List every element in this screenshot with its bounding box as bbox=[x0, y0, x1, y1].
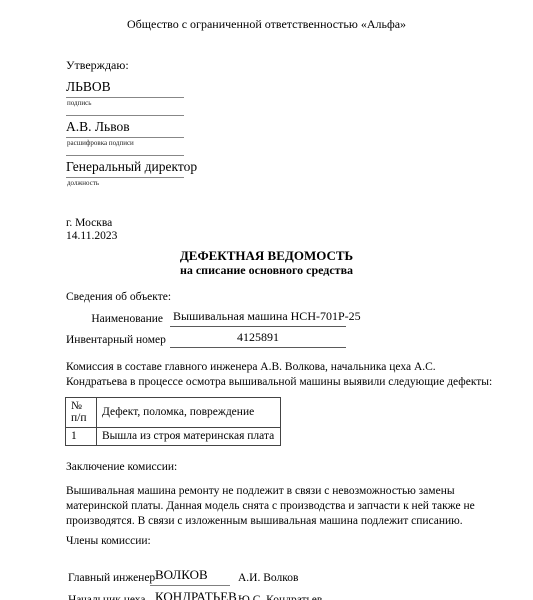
member-name: А.И. Волков bbox=[238, 572, 298, 586]
member-name: Ю.С. Кондратьев bbox=[238, 594, 322, 600]
defects-table: № п/п Дефект, поломка, повреждение 1 Выш… bbox=[65, 397, 281, 446]
place-text: г. Москва bbox=[66, 217, 533, 230]
commission-paragraph: Комиссия в составе главного инженера А.В… bbox=[66, 360, 528, 390]
field-row-name: Наименование Вышивальная машина НСН-701Р… bbox=[66, 306, 533, 327]
member-row-chief-engineer: Главный инженер ВОЛКОВ А.И. Волков bbox=[68, 564, 533, 586]
table-row: 1 Вышла из строя материнская плата bbox=[66, 428, 281, 446]
name-value-field[interactable]: А.В. Львов bbox=[66, 116, 184, 138]
table-cell-defect: Вышла из строя материнская плата bbox=[97, 428, 281, 446]
field-label-name: Наименование bbox=[66, 313, 163, 327]
document-subtitle: на списание основного средства bbox=[0, 263, 533, 277]
member-position: Начальник цеха bbox=[68, 594, 150, 600]
approve-name-field: А.В. Львов расшифровка подписи bbox=[66, 115, 184, 147]
conclusion-paragraph: Вышивальная машина ремонту не подлежит в… bbox=[66, 484, 528, 529]
signature-value-field[interactable]: ЛЬВОВ bbox=[66, 78, 184, 98]
name-caption: расшифровка подписи bbox=[66, 138, 184, 147]
position-value-field[interactable]: Генеральный директор bbox=[66, 156, 184, 178]
approve-block: Утверждаю: ЛЬВОВ подпись А.В. Львов расш… bbox=[66, 58, 184, 187]
approve-signature-field: ЛЬВОВ подпись bbox=[66, 78, 184, 107]
date-text: 14.11.2023 bbox=[66, 230, 533, 243]
members-list: Главный инженер ВОЛКОВ А.И. Волков Начал… bbox=[0, 564, 533, 600]
object-info-fields: Наименование Вышивальная машина НСН-701Р… bbox=[0, 306, 533, 348]
members-heading: Члены комиссии: bbox=[66, 535, 533, 547]
table-header-number: № п/п bbox=[66, 398, 97, 428]
table-header-defect: Дефект, поломка, повреждение bbox=[97, 398, 281, 428]
member-position: Главный инженер bbox=[68, 572, 150, 586]
member-row-shop-head: Начальник цеха КОНДРАТЬЕВ Ю.С. Кондратье… bbox=[68, 586, 533, 600]
position-caption: должность bbox=[66, 178, 184, 187]
field-label-inventory-number: Инвентарный номер bbox=[66, 334, 163, 348]
document-page: Общество с ограниченной ответственностью… bbox=[0, 0, 533, 600]
place-date-block: г. Москва 14.11.2023 bbox=[66, 217, 533, 243]
field-row-inventory-number: Инвентарный номер 4125891 bbox=[66, 327, 533, 348]
approve-label: Утверждаю: bbox=[66, 58, 184, 73]
object-info-heading: Сведения об объекте: bbox=[66, 291, 533, 303]
document-title: ДЕФЕКТНАЯ ВЕДОМОСТЬ bbox=[0, 249, 533, 263]
defects-table-header-row: № п/п Дефект, поломка, повреждение bbox=[66, 398, 281, 428]
field-value-inventory-number[interactable]: 4125891 bbox=[170, 330, 346, 348]
approve-position-field: Генеральный директор должность bbox=[66, 155, 184, 187]
conclusion-heading: Заключение комиссии: bbox=[66, 461, 533, 473]
company-name: Общество с ограниченной ответственностью… bbox=[0, 0, 533, 32]
member-signature-field[interactable]: ВОЛКОВ bbox=[150, 567, 230, 586]
signature-caption: подпись bbox=[66, 98, 184, 107]
member-signature-field[interactable]: КОНДРАТЬЕВ bbox=[150, 589, 230, 600]
field-value-name[interactable]: Вышивальная машина НСН-701Р-25 bbox=[170, 309, 346, 327]
table-cell-number: 1 bbox=[66, 428, 97, 446]
